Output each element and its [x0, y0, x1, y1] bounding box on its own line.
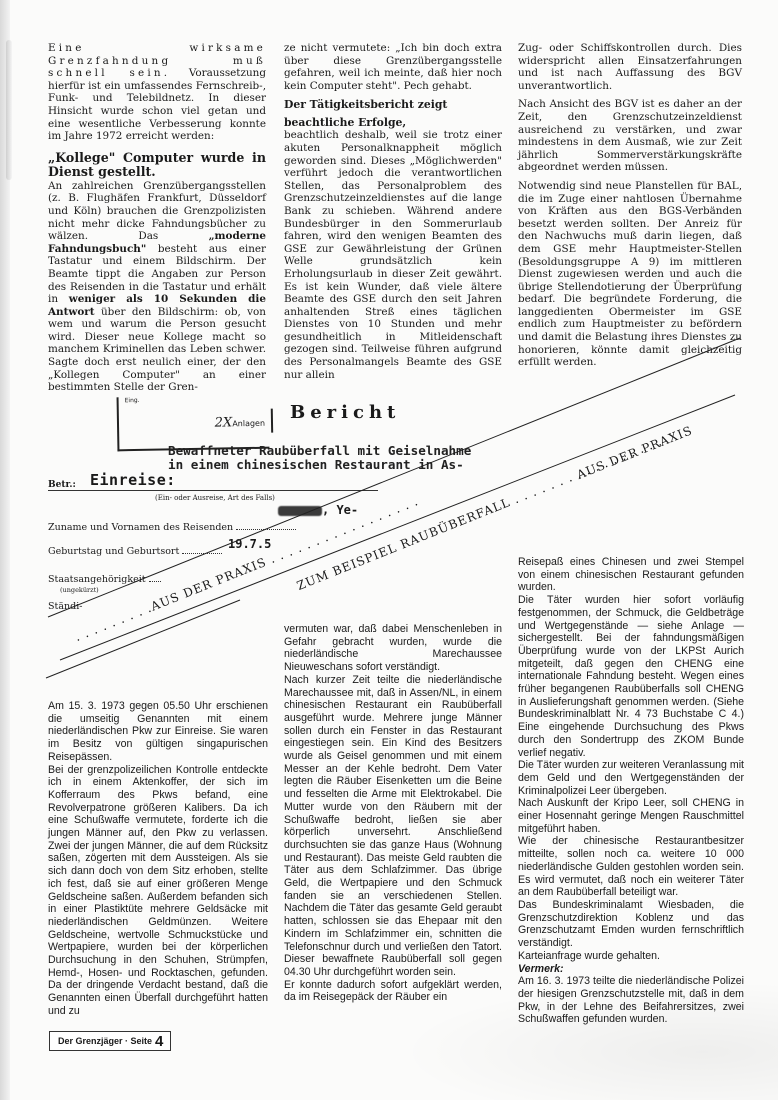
field-residence-label: Ständi-	[48, 601, 82, 612]
page-footer: Der Grenzjäger · Seite 4	[49, 1031, 171, 1051]
paragraph: Bei der grenzpolizeilichen Kontrolle ent…	[48, 764, 268, 1018]
paragraph: Zug- oder Schiffskontrollen durch. Dies …	[518, 42, 742, 92]
paragraph: Das Bundeskriminalamt Wiesbaden, die Gre…	[518, 899, 744, 950]
typed-subject-line-1: Bewaffneter Raubüberfall mit Geiselnahme	[168, 444, 471, 458]
attachments-label: Anlagen	[232, 419, 265, 429]
bottom-column-1: Am 15. 3. 1973 gegen 05.50 Uhr erschiene…	[48, 700, 268, 1018]
paragraph: Am 16. 3. 1973 teilte die niederländisch…	[518, 975, 744, 1026]
stamp-attachments: 2XAnlagen	[215, 415, 266, 431]
paragraph: Nach Ansicht des BGV ist es daher an der…	[518, 98, 742, 174]
label-text: Zuname und Vornamen des Reisenden	[48, 522, 233, 533]
field-birth-label: Geburtstag und Geburtsort	[48, 546, 222, 557]
bottom-column-3: Reisepaß eines Chinesen und zwei Stempel…	[518, 556, 744, 1026]
label-text: Geburtstag und Geburtsort	[48, 546, 179, 557]
betr-hint: (Ein- oder Ausreise, Art des Falls)	[155, 494, 275, 502]
label-text: Staatsangehörigkeit	[48, 574, 146, 585]
banner-text-upper-right: AUS DER PRAXIS	[575, 423, 695, 482]
intro-paragraph: Eine wirksame Grenzfahndung muß schnell …	[48, 42, 266, 143]
received-stamp: Eing. 2XAnlagen	[117, 395, 270, 452]
dotted-line	[236, 523, 296, 530]
computer-paragraph: An zahlreichen Grenzübergangsstellen (z.…	[48, 180, 266, 394]
banner-text-lower-left: . . . . . . . . .AUS DER PRAXIS . . . . …	[73, 494, 421, 644]
dotted-line	[149, 575, 161, 582]
paragraph: Nach kurzer Zeit teilte die niederländis…	[284, 674, 502, 979]
banner-label: AUS DER PRAXIS	[575, 423, 695, 482]
field-nationality-sub: (ungekürzt)	[60, 586, 99, 594]
paragraph: Die Täter wurden hier sofort vorläufig f…	[518, 594, 744, 759]
page-number: 4	[155, 1033, 163, 1050]
paragraph: vermuten war, daß dabei Menschenleben in…	[284, 623, 502, 674]
paragraph: Wie der chinesische Restaurantbesitzer m…	[518, 835, 744, 899]
paragraph: Karteianfrage wurde gehalten.	[518, 950, 744, 963]
paragraph: Reisepaß eines Chinesen und zwei Stempel…	[518, 556, 744, 594]
dotted-line	[182, 547, 222, 554]
betr-value: Einreise:	[90, 471, 176, 489]
paragraph: Er konnte dadurch sofort aufgeklärt werd…	[284, 979, 502, 1004]
heading-computer: „Kollege" Computer wurde in Dienst geste…	[48, 151, 266, 180]
betr-underline	[48, 490, 378, 491]
top-column-2: ze nicht vermutete: „Ich bin doch extra …	[284, 42, 502, 387]
paragraph: Nach Auskunft der Kripo Leer, soll CHENG…	[518, 797, 744, 835]
paragraph: ze nicht vermutete: „Ich bin doch extra …	[284, 42, 502, 92]
page-curl-shadow	[6, 40, 12, 180]
vermerk-label: Vermerk:	[518, 963, 744, 976]
paragraph: beachtlich deshalb, weil sie trotz einer…	[284, 129, 502, 381]
top-column-1: Eine wirksame Grenzfahndung muß schnell …	[48, 42, 266, 400]
field-birth-value: 19.7.5	[228, 537, 271, 551]
top-column-3: Zug- oder Schiffskontrollen durch. Dies …	[518, 42, 742, 375]
stamp-border	[271, 409, 273, 433]
paragraph: Die Täter wurden zur weiteren Veranlassu…	[518, 759, 744, 797]
handwritten-count: 2X	[215, 415, 233, 430]
banner-label: AUS DER PRAXIS	[149, 555, 269, 614]
heading-erfolge: beachtliche Erfolge,	[284, 116, 502, 129]
redaction-mark	[278, 506, 322, 516]
paragraph: Am 15. 3. 1973 gegen 05.50 Uhr erschiene…	[48, 700, 268, 764]
heading-taetigkeitsbericht: Der Tätigkeitsbericht zeigt	[284, 98, 502, 111]
text-span: über den Bildschirm: ob, von wem und war…	[48, 306, 266, 394]
paragraph: Notwendig sind neue Planstellen für BAL,…	[518, 180, 742, 369]
bottom-column-2: vermuten war, daß dabei Menschenleben in…	[284, 623, 502, 1004]
dots: . . . . . . . . .	[73, 601, 154, 644]
betr-label: Betr.:	[48, 480, 76, 490]
dots: . . . . . . . . . . . . . . . . .	[263, 494, 420, 568]
report-title: Bericht	[290, 402, 400, 423]
field-nationality-label: Staatsangehörigkeit	[48, 574, 161, 585]
publication-name: Der Grenzjäger · Seite	[58, 1036, 152, 1046]
typed-subject-line-2: in einem chinesischen Restaurant in As-	[168, 458, 464, 472]
field-name-value: , Ye-	[322, 503, 358, 517]
field-name-label: Zuname und Vornamen des Reisenden	[48, 522, 296, 533]
